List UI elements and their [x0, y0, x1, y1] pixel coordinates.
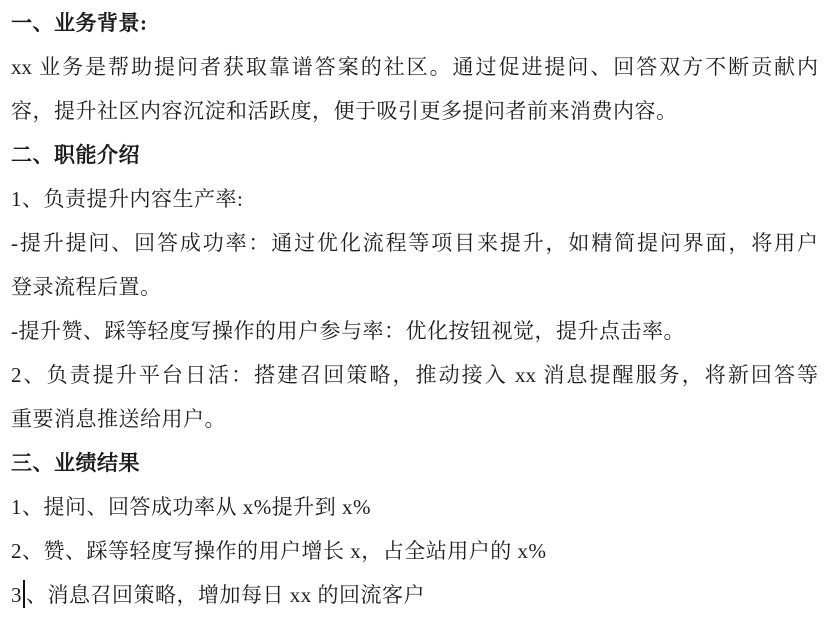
- section-heading-business-background[interactable]: 一、业务背景:: [11, 1, 818, 45]
- paragraph-line[interactable]: xx 业务是帮助提问者获取靠谱答案的社区。通过促进提问、回答双方不断贡献内: [11, 45, 818, 89]
- document-page: 一、业务背景: xx 业务是帮助提问者获取靠谱答案的社区。通过促进提问、回答双方…: [0, 0, 832, 618]
- section-heading-responsibilities[interactable]: 二、职能介绍: [11, 133, 818, 177]
- paragraph-line[interactable]: 登录流程后置。: [11, 265, 818, 309]
- paragraph-line[interactable]: -提升提问、回答成功率：通过优化流程等项目来提升，如精简提问界面，将用户: [11, 221, 818, 265]
- list-item[interactable]: 1、负责提升内容生产率:: [11, 177, 818, 221]
- paragraph-line[interactable]: 重要消息推送给用户。: [11, 397, 818, 441]
- paragraph-line[interactable]: 容，提升社区内容沉淀和活跃度，便于吸引更多提问者前来消费内容。: [11, 89, 818, 133]
- list-item[interactable]: 3、消息召回策略，增加每日 xx 的回流客户: [11, 573, 818, 617]
- list-item[interactable]: 2、赞、踩等轻度写操作的用户增长 x，占全站用户的 x%: [11, 529, 818, 573]
- section-heading-results[interactable]: 三、业绩结果: [11, 441, 818, 485]
- paragraph-line[interactable]: 2、负责提升平台日活：搭建召回策略，推动接入 xx 消息提醒服务，将新回答等: [11, 353, 818, 397]
- list-item[interactable]: -提升赞、踩等轻度写操作的用户参与率：优化按钮视觉，提升点击率。: [11, 309, 818, 353]
- list-item[interactable]: 1、提问、回答成功率从 x%提升到 x%: [11, 485, 818, 529]
- text-cursor: [23, 580, 25, 608]
- list-item-text: 、消息召回策略，增加每日 xx 的回流客户: [26, 583, 425, 607]
- list-item-number: 3: [11, 583, 22, 607]
